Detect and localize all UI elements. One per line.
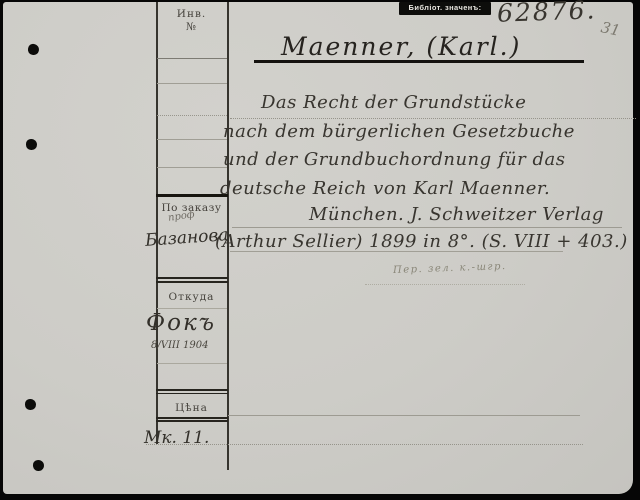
library-stamp-label: Библіот. значенъ:: [399, 2, 491, 15]
entry-line-1: Das Recht der Grundstücke: [261, 92, 526, 113]
writing-baseline: [146, 444, 583, 445]
shelf-number-handwritten: 62876.: [497, 0, 597, 28]
price-value: Мк. 11.: [144, 428, 209, 448]
entry-line-6: (Arthur Sellier) 1899 in 8°. (S. VIII + …: [215, 231, 628, 252]
writing-baseline: [228, 415, 580, 416]
punch-hole: [26, 139, 37, 150]
punch-hole: [27, 43, 40, 56]
double-rule: [156, 393, 228, 395]
origin-value: Фокъ: [146, 310, 216, 336]
entry-line-3: und der Grundbuchordnung für das: [223, 149, 565, 170]
punch-hole: [32, 459, 44, 471]
double-rule: [156, 417, 228, 419]
column-rule-left: [156, 2, 158, 444]
entry-line-2: nach dem bürgerlichen Gesetzbuche: [223, 121, 575, 142]
library-catalog-card: Инв. № По заказу Откуда Цѣна Библіот. зн…: [3, 2, 633, 494]
ledger-line: [157, 115, 227, 117]
double-rule: [156, 420, 228, 422]
heading-underline: [254, 60, 584, 63]
ledger-line: [157, 139, 227, 140]
price-label: Цѣна: [156, 402, 227, 414]
ledger-line: [157, 308, 227, 309]
scanned-card-page: Инв. № По заказу Откуда Цѣна Библіот. зн…: [0, 0, 640, 500]
ledger-line: [157, 83, 227, 84]
entry-line-4: deutsche Reich von Karl Maenner.: [220, 178, 550, 199]
library-stamp-bar: Библіот. значенъ:: [399, 2, 491, 15]
origin-date: 8/VIII 1904: [151, 340, 208, 351]
ledger-line: [157, 58, 227, 59]
order-annotation: проф: [167, 209, 195, 224]
inventory-label-line1: Инв.: [156, 8, 227, 20]
double-rule: [156, 281, 228, 283]
double-rule: [156, 277, 228, 279]
origin-label: Откуда: [156, 291, 227, 303]
ledger-line: [157, 167, 227, 168]
ledger-line: [157, 363, 227, 364]
writing-baseline: [232, 227, 622, 228]
double-rule: [156, 389, 228, 391]
inventory-label-line2: №: [156, 21, 227, 33]
punch-hole: [25, 399, 36, 410]
entry-line-5: München. J. Schweitzer Verlag: [309, 204, 604, 225]
section-separator: [156, 194, 228, 197]
writing-baseline: [230, 118, 636, 119]
author-heading: Maenner, (Karl.): [281, 32, 521, 61]
binding-pencil-note: Пер. зел. к.-шгр.: [393, 261, 507, 276]
page-margin-number: 31: [599, 18, 621, 40]
writing-baseline: [365, 284, 525, 285]
